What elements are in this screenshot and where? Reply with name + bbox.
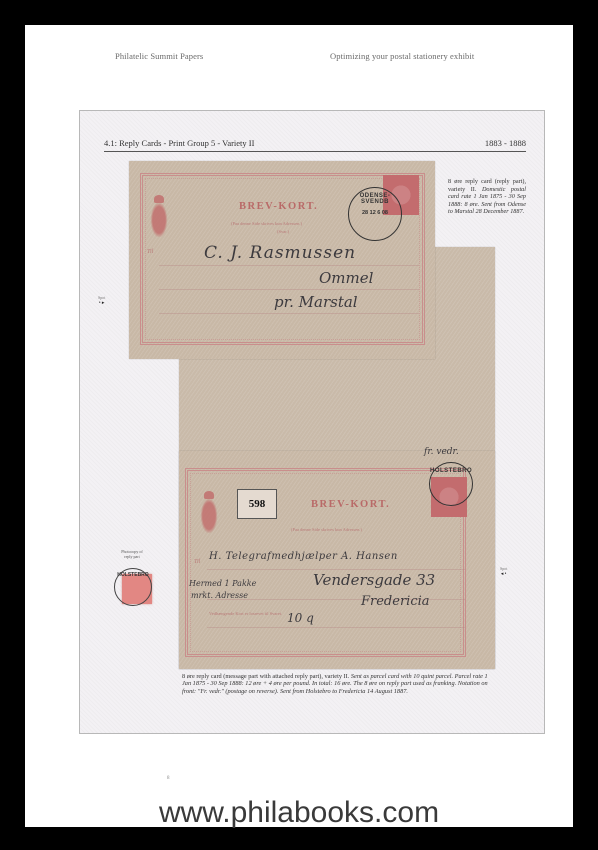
- document-page: Philatelic Summit Papers Optimizing your…: [25, 25, 573, 793]
- card-heading: BREV-KORT.: [239, 201, 318, 212]
- card-subtext-svar: (Svar.): [277, 229, 289, 234]
- postmark-icon: HOLSTEBRO: [114, 568, 152, 606]
- exhibit-panel: 4.1: Reply Cards - Print Group 5 - Varie…: [79, 110, 545, 734]
- postmark-text: HOLSTEBRO: [430, 468, 472, 474]
- spot-arrow-icon: ◂ •: [500, 571, 507, 577]
- caption-lead: 8 øre reply card (message part with atta…: [182, 673, 349, 680]
- detached-reply-label: Vedhængende Kort er losrevet til Svaret.: [209, 611, 282, 617]
- bottom-message-card-image: fr. vedr. 598 BREV-KORT. (Paa denne Side…: [179, 451, 495, 669]
- handwritten-addressee: H. Telegrafmedhjælper A. Hansen: [209, 551, 398, 562]
- bottom-card-caption: 8 øre reply card (message part with atta…: [182, 673, 496, 695]
- handwritten-weight: 10 q: [287, 611, 314, 625]
- address-line: [207, 569, 465, 570]
- postmark-text: HOLSTEBRO: [115, 572, 151, 578]
- photocopy-label: Photocopy of reply part: [117, 549, 147, 559]
- card-subtext: (Paa denne Side skrives kun Adressen.): [291, 527, 362, 532]
- coat-of-arms-icon: [149, 199, 169, 237]
- postmark-icon: ODENSE-SVENDB 28 12 6 08: [348, 187, 402, 241]
- address-line: [159, 289, 419, 290]
- address-line: [159, 265, 419, 266]
- running-head-left: Philatelic Summit Papers: [115, 51, 203, 61]
- footer-website-link[interactable]: www.philabooks.com: [0, 796, 598, 830]
- handwritten-note-1: Hermed 1 Pakke: [189, 579, 256, 588]
- card-subtext: (Paa denne Side skrives kun Adressen.): [231, 221, 302, 226]
- card-heading: BREV-KORT.: [311, 499, 390, 510]
- til-label: Til: [194, 559, 200, 565]
- panel-date-range: 1883 - 1888: [485, 138, 526, 148]
- spot-arrow-icon: • ▸: [98, 300, 105, 306]
- handwritten-town: Fredericia: [361, 594, 430, 609]
- handwritten-route: pr. Marstal: [274, 293, 358, 311]
- postmark-date: 28 12 6 08: [349, 210, 401, 216]
- til-label: Til: [147, 249, 153, 255]
- spot-marker-left: Spot • ▸: [98, 295, 105, 306]
- postmark-icon: HOLSTEBRO: [429, 462, 473, 506]
- handwritten-notation: fr. vedr.: [424, 447, 459, 457]
- parcel-number-label: 598: [237, 489, 277, 519]
- handwritten-street: Vendersgade 33: [313, 571, 435, 589]
- address-line: [159, 313, 419, 314]
- handwritten-town: Ommel: [319, 269, 373, 287]
- postmark-text: ODENSE-SVENDB: [349, 193, 401, 205]
- top-reply-card-image: BREV-KORT. (Paa denne Side skrives kun A…: [129, 161, 435, 359]
- page-number: 8: [167, 776, 170, 781]
- top-card-caption: 8 øre reply card (reply part), variety I…: [448, 178, 526, 216]
- card-border-frame: [185, 468, 466, 657]
- handwritten-note-2: mrkt. Adresse: [191, 591, 248, 600]
- coat-of-arms-icon: [199, 495, 219, 533]
- panel-title: 4.1: Reply Cards - Print Group 5 - Varie…: [104, 138, 254, 148]
- running-head-right: Optimizing your postal stationery exhibi…: [330, 51, 474, 61]
- handwritten-addressee: C. J. Rasmussen: [204, 243, 356, 263]
- spot-marker-right: Spot ◂ •: [500, 566, 507, 577]
- panel-header: 4.1: Reply Cards - Print Group 5 - Varie…: [104, 137, 526, 152]
- address-line: [207, 627, 465, 628]
